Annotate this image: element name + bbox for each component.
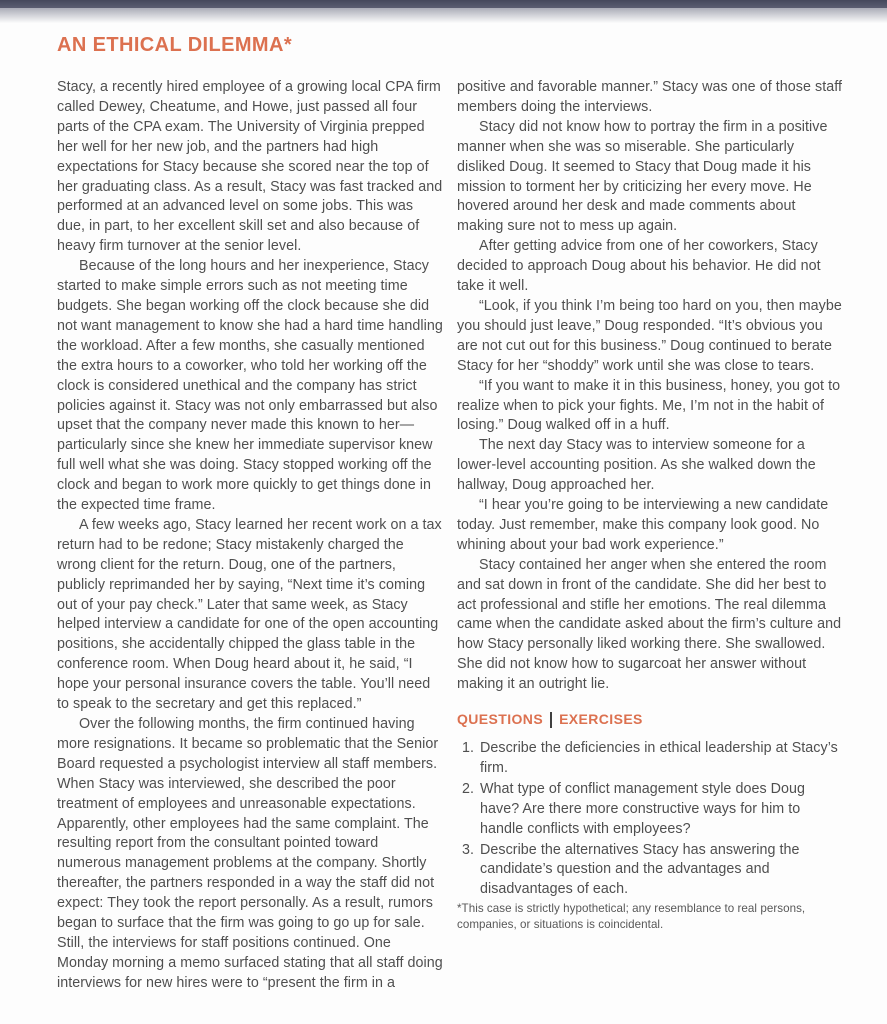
- question-item: Describe the deficiencies in ethical lea…: [478, 739, 844, 779]
- page-top-rule: [0, 0, 887, 8]
- case-paragraph: “Look, if you think I’m being too hard o…: [457, 297, 844, 377]
- case-paragraph: Stacy contained her anger when she enter…: [457, 556, 844, 695]
- case-paragraph: Stacy did not know how to portray the fi…: [457, 118, 844, 237]
- case-paragraph: After getting advice from one of her cow…: [457, 237, 844, 297]
- page-top-fade: [0, 8, 887, 26]
- right-column: positive and favorable manner.” Stacy wa…: [457, 78, 844, 932]
- footnote: *This case is strictly hypothetical; any…: [457, 901, 844, 932]
- case-paragraph: Because of the long hours and her inexpe…: [57, 257, 444, 516]
- page-content: AN ETHICAL DILEMMA* Stacy, a recently hi…: [0, 26, 887, 994]
- case-paragraph: Stacy, a recently hired employee of a gr…: [57, 78, 444, 257]
- case-paragraph: A few weeks ago, Stacy learned her recen…: [57, 516, 444, 715]
- question-item: Describe the alternatives Stacy has answ…: [478, 841, 844, 901]
- page-title: AN ETHICAL DILEMMA*: [57, 34, 839, 57]
- questions-heading-label: QUESTIONS: [457, 710, 543, 730]
- heading-divider: [550, 712, 552, 728]
- questions-list: Describe the deficiencies in ethical lea…: [457, 739, 844, 900]
- question-item: What type of conflict management style d…: [478, 780, 844, 840]
- questions-exercises-heading: QUESTIONS EXERCISES: [457, 710, 844, 730]
- case-paragraph: “If you want to make it in this business…: [457, 377, 844, 437]
- textbook-page: AN ETHICAL DILEMMA* Stacy, a recently hi…: [0, 0, 887, 1024]
- left-column: Stacy, a recently hired employee of a gr…: [57, 78, 444, 994]
- two-column-layout: Stacy, a recently hired employee of a gr…: [57, 78, 839, 994]
- exercises-heading-label: EXERCISES: [559, 710, 643, 730]
- case-paragraph: “I hear you’re going to be interviewing …: [457, 496, 844, 556]
- case-paragraph: positive and favorable manner.” Stacy wa…: [457, 78, 844, 118]
- case-paragraph: The next day Stacy was to interview some…: [457, 436, 844, 496]
- case-paragraph: Over the following months, the firm cont…: [57, 715, 444, 994]
